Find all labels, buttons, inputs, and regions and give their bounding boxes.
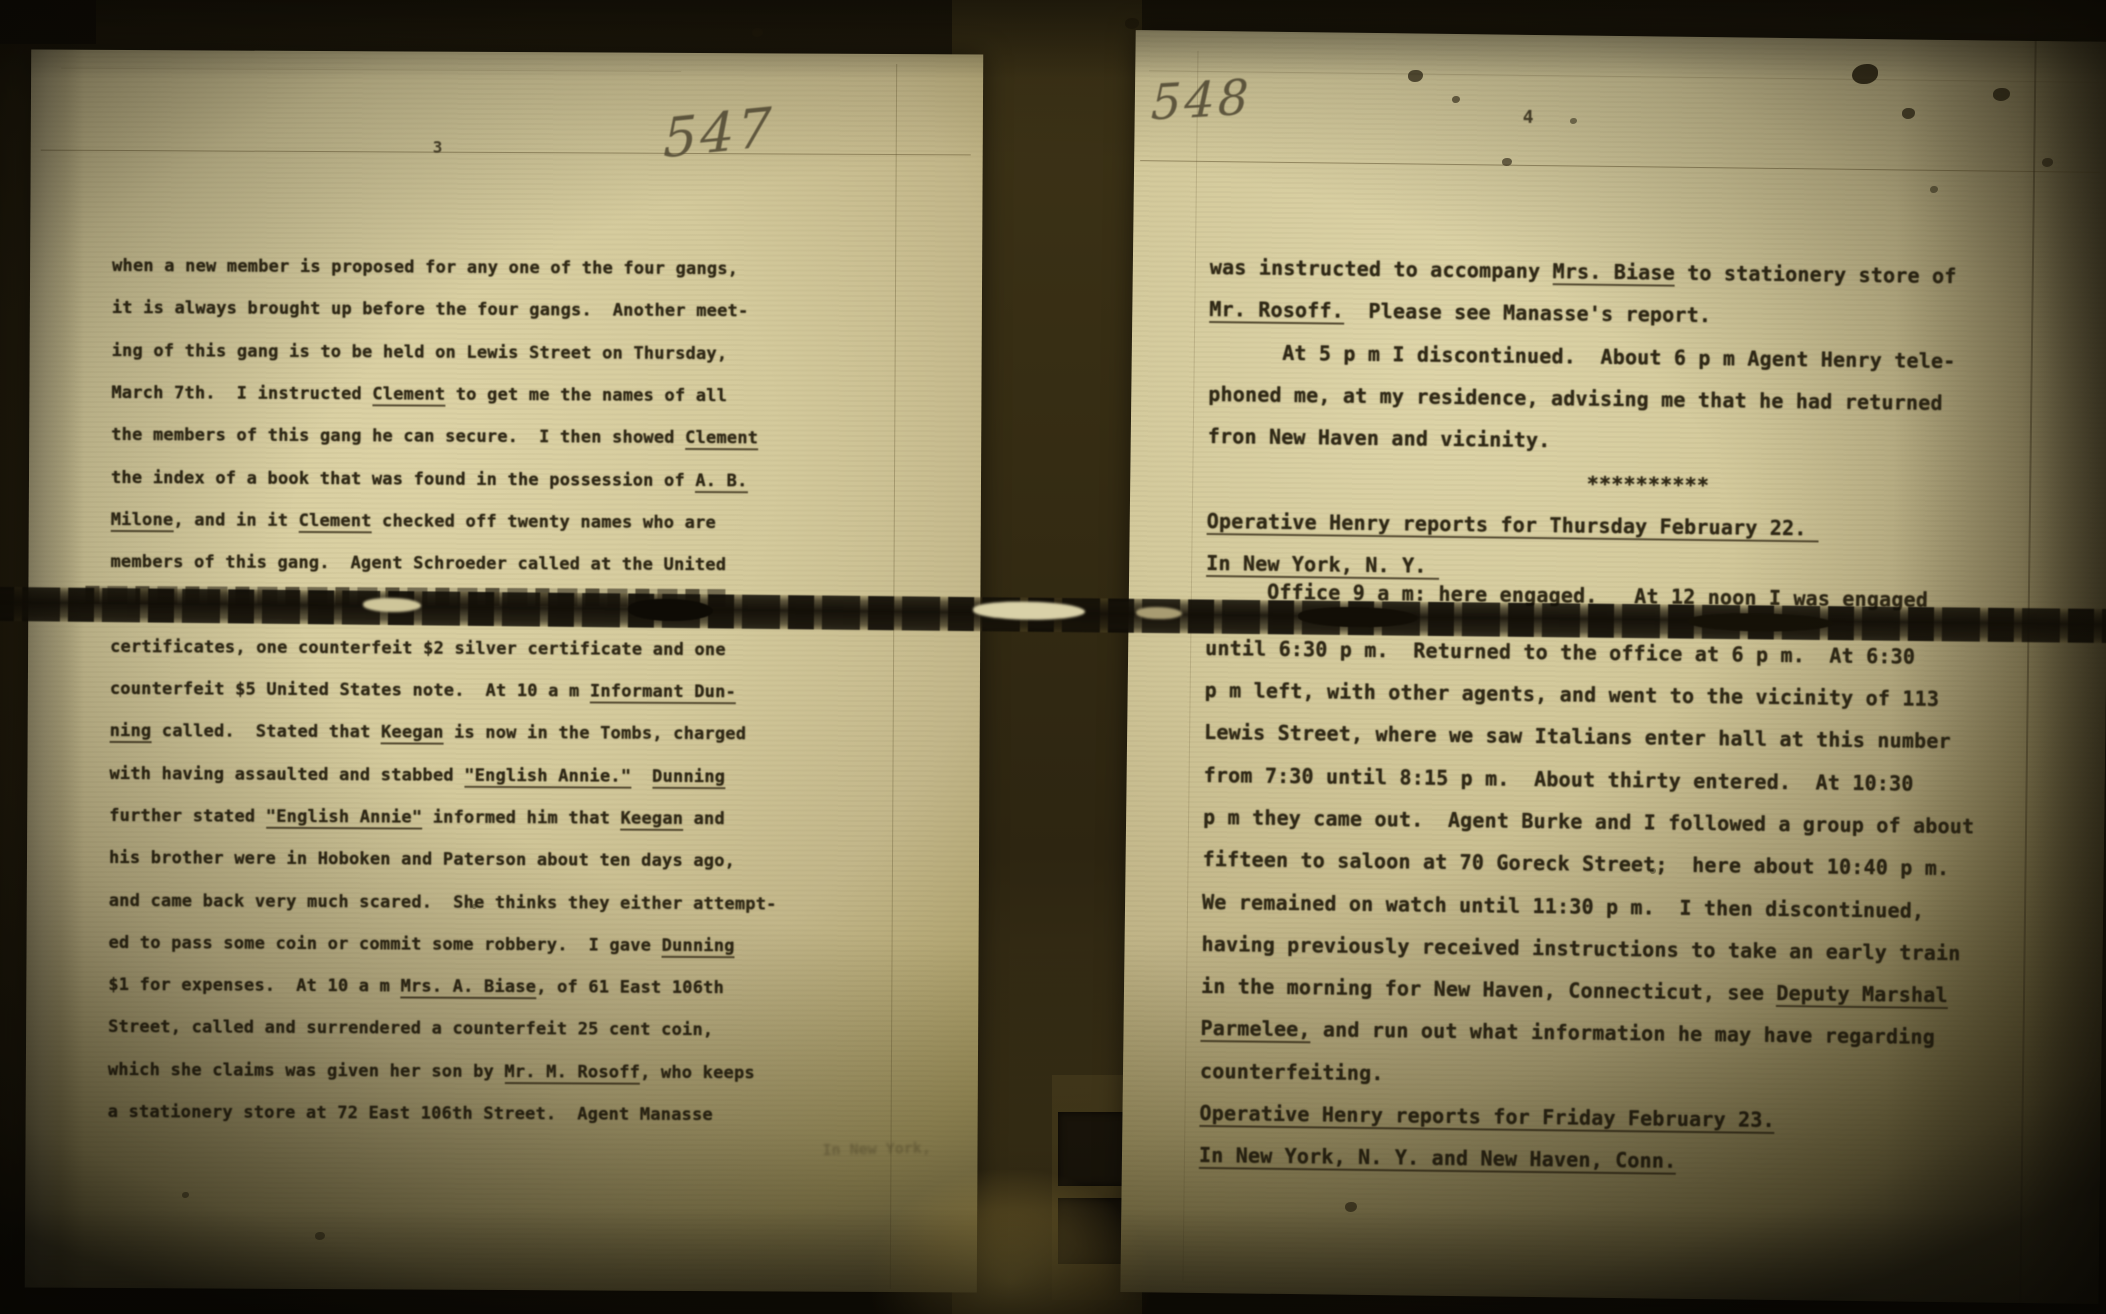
typewritten-line: In New York, N. Y. and New Haven, Conn. [1199,1143,1677,1173]
film-corner-shadow [0,0,96,44]
page-number-left: 3 [433,138,443,157]
typewritten-line: p m left, with other agents, and went to… [1205,678,1940,711]
typewritten-line: ing of this gang is to be held on Lewis … [112,341,728,364]
typewritten-line: Milone, and in it Clement checked off tw… [111,510,716,533]
microfilm-page-left: 3 547 when a new member is proposed for … [25,50,983,1293]
typewritten-line: until 6:30 p m. Returned to the office a… [1205,636,1915,669]
typewritten-line: fron New Haven and vicinity. [1208,424,1551,452]
typewritten-line: ed to pass some coin or commit some robb… [109,933,735,956]
film-speck [752,28,763,37]
ruled-line [41,150,971,156]
splice-highlight [973,601,1085,620]
light-leak-glow [870,1170,1150,1314]
typewritten-line: counterfeiting. [1200,1059,1384,1085]
typewritten-line: Lewis Street, where we saw Italians ente… [1204,720,1951,753]
typewritten-line: $1 for expenses. At 10 a m Mrs. A. Biase… [108,975,724,998]
splice-dark-chunk [628,598,713,621]
frame-number-left: 547 [663,95,775,169]
typewritten-line: March 7th. I instructed Clement to get m… [111,383,727,406]
typewritten-line: when a new member is proposed for any on… [112,256,738,279]
typewritten-line: p m they came out. Agent Burke and I fol… [1203,805,1974,838]
typewritten-line: which she claims was given her son by Mr… [108,1060,755,1083]
splice-highlight [363,598,421,613]
typewritten-line: Mr. Rosoff. Please see Manasse's report. [1209,297,1711,327]
typewritten-line: having previously received instructions … [1201,932,1960,965]
typewritten-line: Parmelee, and run out what information h… [1200,1016,1935,1049]
margin-line [890,64,897,1289]
splice-dark-chunk [1298,607,1418,628]
typewritten-line: We remained on watch until 11:30 p m. I … [1202,889,1924,922]
typewritten-line: and came back very much scared. She thin… [109,890,777,913]
typewritten-line: with having assaulted and stabbed "Engli… [109,764,725,787]
ruled-line [61,68,681,72]
microfilm-viewer-scene: 3 547 when a new member is proposed for … [0,0,2106,1314]
typewritten-line: his brother were in Hoboken and Paterson… [109,848,735,871]
typewritten-line: Operative Henry reports for Thursday Feb… [1207,509,1819,540]
typewritten-line: certificates, one counterfeit $2 silver … [110,637,726,660]
typewritten-line: a stationery store at 72 East 106th Stre… [108,1102,713,1125]
typewritten-line: the index of a book that was found in th… [111,467,748,490]
left-page-text: when a new member is proposed for any on… [31,50,983,55]
typewritten-line: phoned me, at my residence, advising me … [1208,382,1943,415]
typewritten-line: fifteen to saloon at 70 Goreck Street; h… [1202,847,1949,880]
typewritten-line: Street, called and surrendered a counter… [108,1017,713,1040]
typewritten-line: the members of this gang he can secure. … [111,425,758,448]
typewritten-line: ning called. Stated that Keegan is now i… [110,721,747,744]
typewritten-line: ********** [1207,466,1709,496]
typewritten-line: in the morning for New Haven, Connecticu… [1201,974,1948,1007]
ruled-line [1140,160,2100,173]
page-number-right: 4 [1523,107,1534,128]
typewritten-line: In New York, N. Y. [1206,551,1439,578]
bleed-through-text: In New York, [822,1139,931,1159]
typewritten-line: members of this gang. Agent Schroeder ca… [111,552,727,575]
typewritten-line: At 5 p m I discontinued. About 6 p m Age… [1209,340,1956,373]
ruled-line [1149,70,2099,83]
typewritten-line: it is always brought up before the four … [112,298,749,321]
splice-highlight [1136,607,1182,619]
splice-dark-chunk [1688,613,1833,633]
page-edge-line [2019,41,2036,1303]
typewritten-line: counterfeit $5 United States note. At 10… [110,679,736,702]
frame-number-right: 548 [1150,70,1252,132]
typewritten-line: was instructed to accompany Mrs. Biase t… [1210,255,1957,288]
right-page-text: was instructed to accompany Mrs. Biase t… [1136,30,2106,42]
microfilm-page-right: 4 548 was instructed to accompany Mrs. B… [1120,30,2106,1304]
margin-line [1182,51,1198,1281]
typewritten-line: further stated "English Annie" informed … [109,806,725,829]
typewritten-line: Operative Henry reports for Friday Febru… [1199,1101,1775,1132]
typewritten-line: from 7:30 until 8:15 p m. About thirty e… [1204,763,1914,796]
